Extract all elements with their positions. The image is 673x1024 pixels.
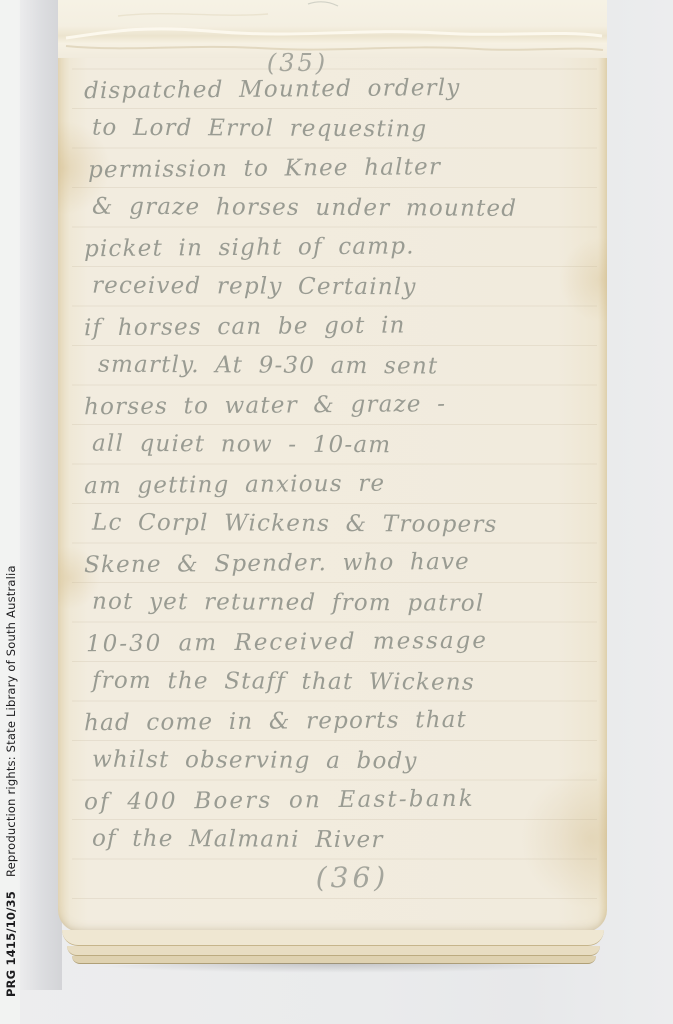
archival-photo: { "caption": { "catalog_number": "PRG 14…	[0, 0, 673, 1024]
handwriting-line: whilst observing a body	[92, 740, 601, 782]
page-edge-sheet	[67, 946, 600, 956]
rights-caption: PRG 1415/10/35Reproduction rights: State…	[4, 537, 18, 997]
notebook: (35) dispatched Mounted orderly to Lord …	[58, 0, 607, 1000]
catalog-number-label: PRG 1415/10/35	[4, 891, 18, 997]
handwriting-line: Lc Corpl Wickens & Troopers	[92, 503, 601, 545]
handwriting-line: to Lord Errol requesting	[92, 108, 601, 150]
handwriting-line: am getting anxious re	[84, 463, 601, 507]
handwriting-line: received reply Certainly	[92, 266, 601, 308]
handwriting-block: dispatched Mounted orderly to Lord Errol…	[84, 70, 601, 860]
handwriting-line: 10-30 am Received message	[86, 621, 601, 665]
page-number-bottom: (36)	[58, 858, 607, 898]
handwriting-line: permission to Knee halter	[88, 147, 601, 191]
handwriting-line: from the Staff that Wickens	[92, 661, 601, 703]
handwriting-line: smartly. At 9-30 am sent	[98, 345, 601, 387]
handwriting-line: of the Malmani River	[92, 819, 601, 861]
handwriting-line: not yet returned from patrol	[92, 582, 601, 624]
rights-label: Reproduction rights: State Library of So…	[4, 565, 18, 877]
handwriting-line: horses to water & graze -	[84, 384, 601, 428]
handwriting-line: all quiet now - 10-am	[92, 424, 601, 466]
page-edge-sheet	[62, 930, 604, 946]
notebook-shadow	[18, 0, 62, 990]
handwriting-line: picket in sight of camp.	[84, 226, 601, 270]
handwriting-line: & graze horses under mounted	[92, 187, 601, 229]
handwriting-line: of 400 Boers on East-bank	[84, 779, 601, 823]
handwriting-line: had come in & reports that	[84, 700, 601, 744]
notebook-page: (35) dispatched Mounted orderly to Lord …	[58, 0, 607, 932]
page-stack-shadow	[74, 963, 595, 973]
handwriting-line: Skene & Spender. who have	[84, 542, 601, 586]
handwriting-line: dispatched Mounted orderly	[84, 68, 601, 112]
handwriting-line: if horses can be got in	[84, 305, 601, 349]
